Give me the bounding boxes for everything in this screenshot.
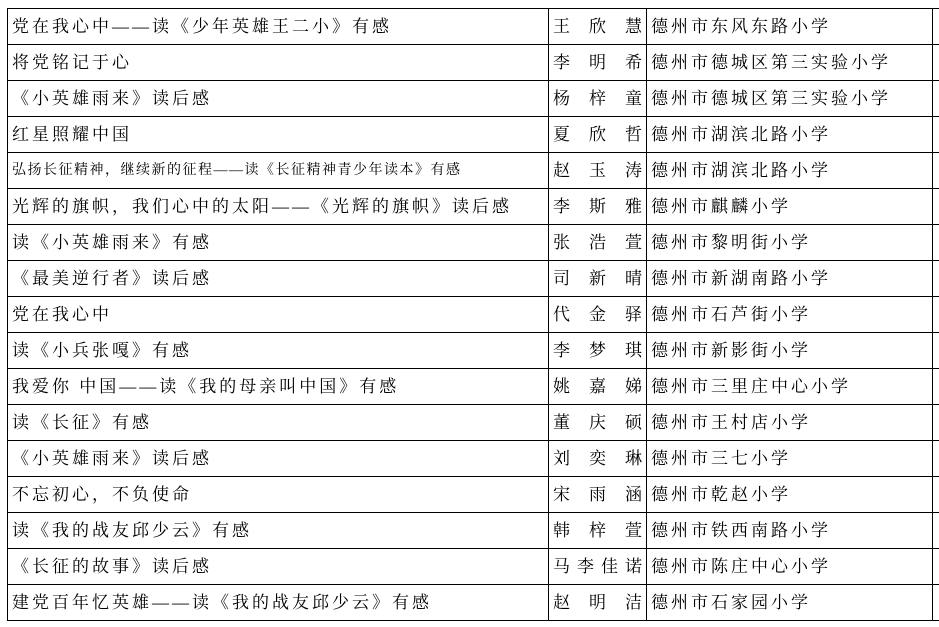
- student-name-cell: 张浩萱: [549, 225, 647, 261]
- essay-title-cell: 读《长征》有感: [8, 405, 549, 441]
- school-cell: 德州市湖滨北路小学: [647, 153, 933, 189]
- edge-cell: [933, 477, 939, 513]
- school-cell: 德州市麒麟小学: [647, 189, 933, 225]
- edge-cell: [933, 9, 939, 45]
- student-name-cell: 王欣慧: [549, 9, 647, 45]
- school-cell: 德州市陈庄中心小学: [647, 549, 933, 585]
- school-cell: 德州市湖滨北路小学: [647, 117, 933, 153]
- student-name-cell: 宋雨涵: [549, 477, 647, 513]
- essay-title-cell: 将党铭记于心: [8, 45, 549, 81]
- table-row: 《小英雄雨来》读后感 杨梓童 德州市德城区第三实验小学: [8, 81, 939, 117]
- school-cell: 德州市东风东路小学: [647, 9, 933, 45]
- student-name-cell: 代金驿: [549, 297, 647, 333]
- table-row: 《最美逆行者》读后感 司新晴 德州市新湖南路小学: [8, 261, 939, 297]
- school-cell: 德州市王村店小学: [647, 405, 933, 441]
- school-cell: 德州市德城区第三实验小学: [647, 81, 933, 117]
- student-name-cell: 赵玉涛: [549, 153, 647, 189]
- table-row: 读《小兵张嘎》有感 李梦琪 德州市新影街小学: [8, 333, 939, 369]
- student-name-cell: 李斯雅: [549, 189, 647, 225]
- student-name-cell: 赵明洁: [549, 585, 647, 621]
- student-name-cell: 李梦琪: [549, 333, 647, 369]
- edge-cell: [933, 441, 939, 477]
- table-row: 党在我心中——读《少年英雄王二小》有感 王欣慧 德州市东风东路小学: [8, 9, 939, 45]
- table-row: 党在我心中 代金驿 德州市石芦街小学: [8, 297, 939, 333]
- table-row: 《长征的故事》读后感 马李佳诺 德州市陈庄中心小学: [8, 549, 939, 585]
- table-row: 读《我的战友邱少云》有感 韩梓萱 德州市铁西南路小学: [8, 513, 939, 549]
- school-cell: 德州市铁西南路小学: [647, 513, 933, 549]
- table-row: 读《小英雄雨来》有感 张浩萱 德州市黎明街小学: [8, 225, 939, 261]
- table-row: 红星照耀中国 夏欣哲 德州市湖滨北路小学: [8, 117, 939, 153]
- essay-title-cell: 红星照耀中国: [8, 117, 549, 153]
- table-row: 不忘初心，不负使命 宋雨涵 德州市乾赵小学: [8, 477, 939, 513]
- school-cell: 德州市黎明街小学: [647, 225, 933, 261]
- essay-title-cell: 建党百年忆英雄——读《我的战友邱少云》有感: [8, 585, 549, 621]
- edge-cell: [933, 153, 939, 189]
- school-cell: 德州市石芦街小学: [647, 297, 933, 333]
- essay-title-cell: 读《小兵张嘎》有感: [8, 333, 549, 369]
- essay-title-cell: 《长征的故事》读后感: [8, 549, 549, 585]
- essay-title-cell: 读《小英雄雨来》有感: [8, 225, 549, 261]
- document-page: 党在我心中——读《少年英雄王二小》有感 王欣慧 德州市东风东路小学 将党铭记于心…: [0, 0, 939, 627]
- edge-cell: [933, 189, 939, 225]
- edge-cell: [933, 369, 939, 405]
- student-name-cell: 司新晴: [549, 261, 647, 297]
- edge-cell: [933, 549, 939, 585]
- school-cell: 德州市石家园小学: [647, 585, 933, 621]
- essay-title-cell: 读《我的战友邱少云》有感: [8, 513, 549, 549]
- essay-title-cell: 我爱你 中国——读《我的母亲叫中国》有感: [8, 369, 549, 405]
- school-cell: 德州市新湖南路小学: [647, 261, 933, 297]
- student-name-cell: 马李佳诺: [549, 549, 647, 585]
- edge-cell: [933, 333, 939, 369]
- essay-award-table: 党在我心中——读《少年英雄王二小》有感 王欣慧 德州市东风东路小学 将党铭记于心…: [7, 8, 939, 621]
- school-cell: 德州市乾赵小学: [647, 477, 933, 513]
- table-row: 我爱你 中国——读《我的母亲叫中国》有感 姚嘉娣 德州市三里庄中心小学: [8, 369, 939, 405]
- essay-title-cell: 《小英雄雨来》读后感: [8, 81, 549, 117]
- table-row: 读《长征》有感 董庆硕 德州市王村店小学: [8, 405, 939, 441]
- edge-cell: [933, 45, 939, 81]
- essay-title-cell: 弘扬长征精神，继续新的征程——读《长征精神青少年读本》有感: [8, 153, 549, 189]
- essay-title-cell: 不忘初心，不负使命: [8, 477, 549, 513]
- table-row: 光辉的旗帜，我们心中的太阳——《光辉的旗帜》读后感 李斯雅 德州市麒麟小学: [8, 189, 939, 225]
- edge-cell: [933, 261, 939, 297]
- edge-cell: [933, 117, 939, 153]
- student-name-cell: 董庆硕: [549, 405, 647, 441]
- essay-title-cell: 《最美逆行者》读后感: [8, 261, 549, 297]
- edge-cell: [933, 405, 939, 441]
- student-name-cell: 夏欣哲: [549, 117, 647, 153]
- edge-cell: [933, 297, 939, 333]
- table-row: 将党铭记于心 李明希 德州市德城区第三实验小学: [8, 45, 939, 81]
- edge-cell: [933, 225, 939, 261]
- table-row: 弘扬长征精神，继续新的征程——读《长征精神青少年读本》有感 赵玉涛 德州市湖滨北…: [8, 153, 939, 189]
- essay-title-cell: 党在我心中: [8, 297, 549, 333]
- student-name-cell: 刘奕琳: [549, 441, 647, 477]
- edge-cell: [933, 585, 939, 621]
- student-name-cell: 韩梓萱: [549, 513, 647, 549]
- student-name-cell: 姚嘉娣: [549, 369, 647, 405]
- school-cell: 德州市新影街小学: [647, 333, 933, 369]
- edge-cell: [933, 513, 939, 549]
- essay-title-cell: 光辉的旗帜，我们心中的太阳——《光辉的旗帜》读后感: [8, 189, 549, 225]
- school-cell: 德州市三里庄中心小学: [647, 369, 933, 405]
- student-name-cell: 杨梓童: [549, 81, 647, 117]
- essay-title-cell: 《小英雄雨来》读后感: [8, 441, 549, 477]
- school-cell: 德州市德城区第三实验小学: [647, 45, 933, 81]
- table-row: 《小英雄雨来》读后感 刘奕琳 德州市三七小学: [8, 441, 939, 477]
- school-cell: 德州市三七小学: [647, 441, 933, 477]
- student-name-cell: 李明希: [549, 45, 647, 81]
- edge-cell: [933, 81, 939, 117]
- table-row: 建党百年忆英雄——读《我的战友邱少云》有感 赵明洁 德州市石家园小学: [8, 585, 939, 621]
- essay-title-cell: 党在我心中——读《少年英雄王二小》有感: [8, 9, 549, 45]
